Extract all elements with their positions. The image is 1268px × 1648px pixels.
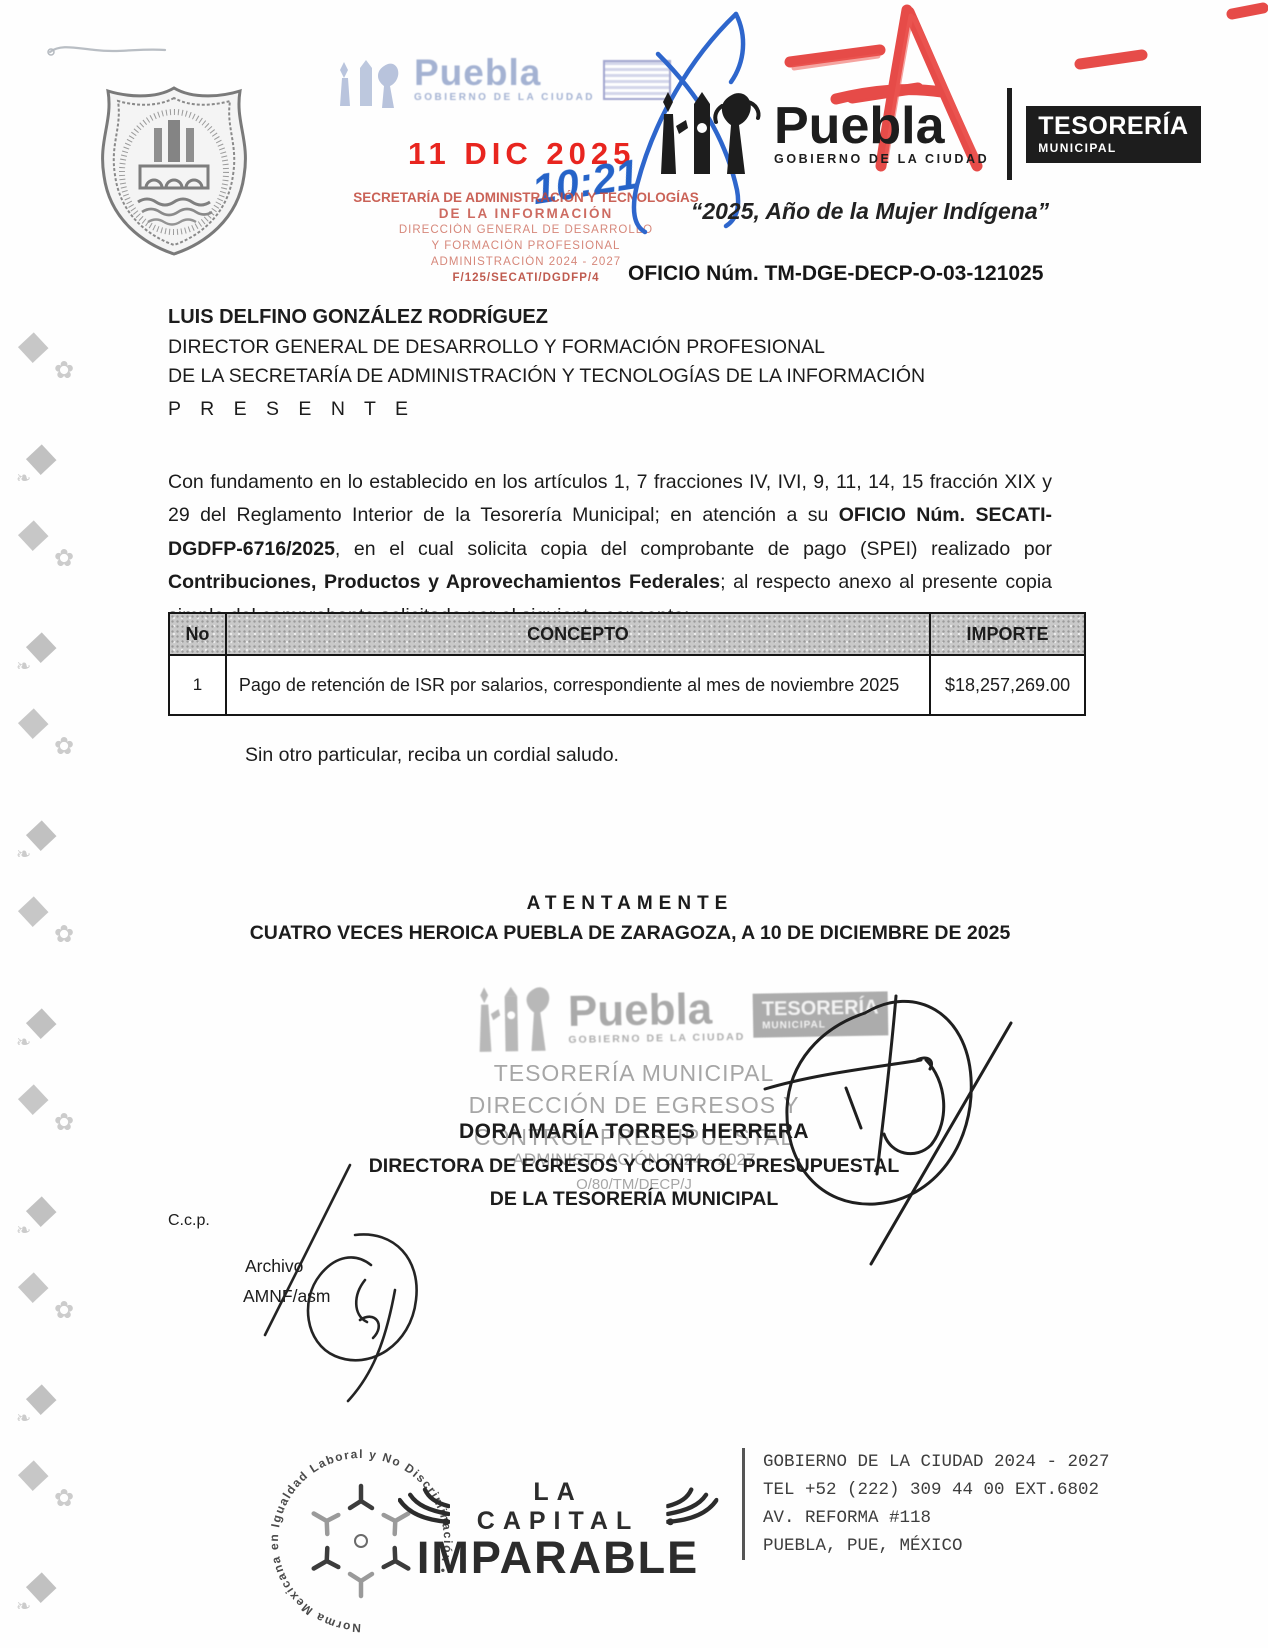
tesoreria-box: TESORERÍA MUNICIPAL [1026, 106, 1200, 163]
floral-ornament-icon: ✿ [54, 544, 74, 573]
ornament-unit: ◆✿ [12, 698, 98, 786]
recipient-block: LUIS DELFINO GONZÁLEZ RODRÍGUEZ DIRECTOR… [168, 303, 925, 424]
floral-ornament-icon: ❧ [16, 468, 31, 489]
diamond-ornament-icon: ◆ [17, 1261, 49, 1308]
municipal-crest [88, 80, 260, 260]
signature-ink [615, 968, 1095, 1268]
cell-concepto: Pago de retención de ISR por salarios, c… [226, 655, 930, 715]
floral-ornament-icon: ❧ [16, 1220, 31, 1241]
footer-address: GOBIERNO DE LA CIUDAD 2024 - 2027TEL +52… [742, 1448, 1110, 1560]
brand-name: Puebla [774, 103, 989, 149]
header-concepto: CONCEPTO [226, 613, 930, 655]
campaign-logo: LA CAPITAL IMPARABLE [398, 1478, 718, 1580]
ornament-unit: ◆❧ [12, 980, 98, 1068]
diamond-ornament-icon: ◆ [17, 1449, 49, 1496]
ornament-unit: ◆✿ [12, 1262, 98, 1350]
pencil-squiggle [40, 30, 220, 70]
diamond-ornament-icon: ◆ [17, 885, 49, 932]
floral-ornament-icon: ✿ [54, 920, 74, 949]
ornament-unit: ◆✿ [12, 1450, 98, 1538]
campaign-line-1: LA CAPITAL [456, 1478, 659, 1536]
ornament-unit: ◆✿ [12, 322, 98, 410]
campaign-line-2: IMPARABLE [398, 1536, 718, 1580]
document-page: ◆✿◆❧◆✿◆❧◆✿◆❧◆✿◆❧◆✿◆❧◆✿◆❧◆✿◆❧ Puebla GOBI… [0, 0, 1268, 1648]
floral-ornament-icon: ❧ [16, 1408, 31, 1429]
floral-ornament-icon: ✿ [54, 1484, 74, 1513]
ornament-unit: ◆❧ [12, 1356, 98, 1444]
floral-ornament-icon: ❧ [16, 1032, 31, 1053]
puebla-monuments-icon [652, 86, 764, 182]
header-no: No [169, 613, 226, 655]
diamond-ornament-icon: ◆ [17, 697, 49, 744]
municipal-label: MUNICIPAL [1038, 142, 1188, 154]
oficio-number: OFICIO Núm. TM-DGE-DECP-O-03-121025 [628, 262, 1043, 286]
recipient-salutation: P R E S E N T E [168, 395, 925, 425]
puebla-monuments-icon-faint [332, 56, 406, 110]
place-and-date: CUATRO VECES HEROICA PUEBLA DE ZARAGOZA,… [130, 922, 1130, 945]
address-line: TEL +52 (222) 309 44 00 EXT.6802 [763, 1476, 1110, 1504]
cell-no: 1 [169, 655, 226, 715]
puebla-monuments-icon-gray [471, 980, 560, 1060]
tesoreria-label: TESORERÍA [1038, 114, 1188, 139]
ornament-unit: ◆❧ [12, 792, 98, 880]
table-row: 1 Pago de retención de ISR por salarios,… [169, 655, 1085, 715]
cell-importe: $18,257,269.00 [930, 655, 1085, 715]
diamond-ornament-icon: ◆ [17, 509, 49, 556]
atentamente-label: ATENTAMENTE [170, 893, 1090, 915]
closing-line: Sin otro particular, reciba un cordial s… [245, 744, 619, 767]
floral-ornament-icon: ✿ [54, 1296, 74, 1325]
margin-ornament-strip: ◆✿◆❧◆✿◆❧◆✿◆❧◆✿◆❧◆✿◆❧◆✿◆❧◆✿◆❧ [12, 322, 98, 1642]
recipient-title-2: DE LA SECRETARÍA DE ADMINISTRACIÓN Y TEC… [168, 362, 925, 392]
ornament-unit: ◆❧ [12, 416, 98, 504]
header-importe: IMPORTE [930, 613, 1085, 655]
year-motto: “2025, Año de la Mujer Indígena” [640, 198, 1100, 225]
ornament-unit: ◆❧ [12, 1544, 98, 1632]
body-seg-2: , en el cual solicita copia del comproba… [335, 538, 1052, 560]
concept-table: No CONCEPTO IMPORTE 1 Pago de retención … [168, 612, 1086, 716]
body-paragraph: Con fundamento en lo establecido en los … [168, 466, 1052, 634]
ornament-unit: ◆✿ [12, 886, 98, 974]
floral-ornament-icon: ❧ [16, 656, 31, 677]
floral-ornament-icon: ✿ [54, 356, 74, 385]
floral-ornament-icon: ❧ [16, 844, 31, 865]
floral-ornament-icon: ✿ [54, 732, 74, 761]
recipient-title-1: DIRECTOR GENERAL DE DESARROLLO Y FORMACI… [168, 333, 925, 363]
floral-ornament-icon: ❧ [16, 1596, 31, 1617]
ornament-unit: ◆✿ [12, 510, 98, 598]
table-header-row: No CONCEPTO IMPORTE [169, 613, 1085, 655]
ornament-unit: ◆❧ [12, 604, 98, 692]
brand-subtitle: GOBIERNO DE LA CIUDAD [774, 152, 989, 166]
address-line: PUEBLA, PUE, MÉXICO [763, 1532, 1110, 1560]
brand-divider [1007, 88, 1012, 180]
puebla-brand-lockup: Puebla GOBIERNO DE LA CIUDAD TESORERÍA M… [652, 86, 1201, 182]
address-line: AV. REFORMA #118 [763, 1504, 1110, 1532]
ccp-label: C.c.p. [168, 1212, 210, 1230]
right-wing-icon [666, 1484, 718, 1530]
recipient-name: LUIS DELFINO GONZÁLEZ RODRÍGUEZ [168, 303, 925, 333]
body-bold-concept: Contribuciones, Productos y Aprovechamie… [168, 571, 720, 593]
left-wing-icon [398, 1484, 450, 1530]
diamond-ornament-icon: ◆ [17, 321, 49, 368]
address-line: GOBIERNO DE LA CIUDAD 2024 - 2027 [763, 1448, 1110, 1476]
